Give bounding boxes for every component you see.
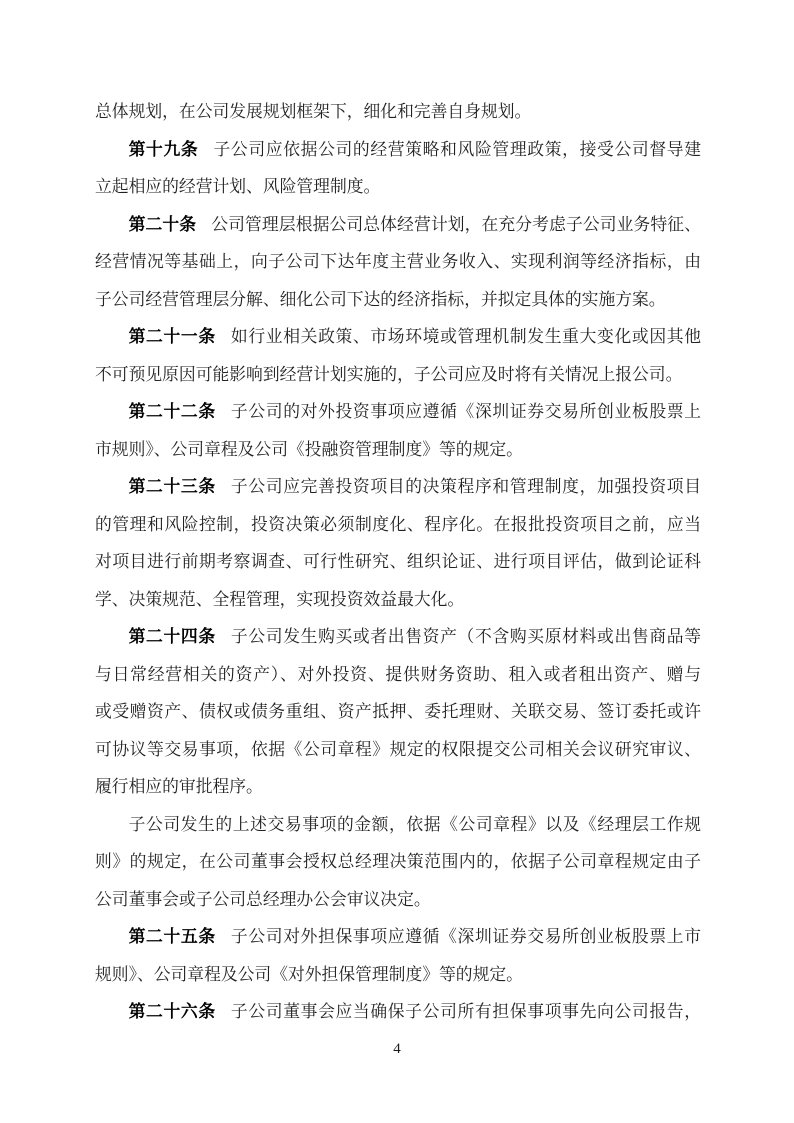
- text-line: 子公司发生的上述交易事项的金额，依据《公司章程》以及《经理层工作规: [95, 806, 701, 844]
- article-text: 子公司应依据公司的经营策略和风险管理政策，接受公司督导建: [213, 140, 701, 159]
- paragraph: 总体规划，在公司发展规划框架下，细化和完善自身规划。: [95, 93, 701, 131]
- text-line: 第二十五条子公司对外担保事项应遵循《深圳证券交易所创业板股票上市: [95, 918, 701, 956]
- article-number: 第二十三条: [129, 477, 216, 496]
- article-number: 第十九条: [129, 140, 199, 159]
- text-line: 可协议等交易事项，依据《公司章程》规定的权限提交公司相关会议研究审议、: [95, 731, 701, 769]
- text-line: 的管理和风险控制，投资决策必须制度化、程序化。在报批投资项目之前，应当: [95, 506, 701, 544]
- article-number: 第二十六条: [129, 1002, 216, 1021]
- text-line: 第二十条公司管理层根据公司总体经营计划，在充分考虑子公司业务特征、: [95, 206, 701, 244]
- article-text: 如行业相关政策、市场环境或管理机制发生重大变化或因其他: [231, 327, 701, 346]
- text-line: 立起相应的经营计划、风险管理制度。: [95, 168, 701, 206]
- text-line: 则》的规定，在公司董事会授权总经理决策范围内的，依据子公司章程规定由子: [95, 843, 701, 881]
- page-number: 4: [0, 1041, 794, 1058]
- text-line: 第二十二条子公司的对外投资事项应遵循《深圳证券交易所创业板股票上: [95, 393, 701, 431]
- document-body: 总体规划，在公司发展规划框架下，细化和完善自身规划。 第十九条子公司应依据公司的…: [95, 93, 701, 1031]
- article-text: 公司管理层根据公司总体经营计划，在充分考虑子公司业务特征、: [211, 215, 701, 234]
- text-line: 不可预见原因可能影响到经营计划实施的，子公司应及时将有关情况上报公司。: [95, 356, 701, 394]
- paragraph: 第二十三条子公司应完善投资项目的决策程序和管理制度，加强投资项目 的管理和风险控…: [95, 468, 701, 618]
- text-line: 第二十三条子公司应完善投资项目的决策程序和管理制度，加强投资项目: [95, 468, 701, 506]
- article-number: 第二十五条: [129, 927, 216, 946]
- text-line: 与日常经营相关的资产）、对外投资、提供财务资助、租入或者租出资产、赠与: [95, 656, 701, 694]
- paragraph: 第十九条子公司应依据公司的经营策略和风险管理政策，接受公司督导建 立起相应的经营…: [95, 131, 701, 206]
- text-line: 子公司经营管理层分解、细化公司下达的经济指标，并拟定具体的实施方案。: [95, 281, 701, 319]
- text-line: 对项目进行前期考察调查、可行性研究、组织论证、进行项目评估，做到论证科: [95, 543, 701, 581]
- text-line: 或受赠资产、债权或债务重组、资产抵押、委托理财、关联交易、签订委托或许: [95, 693, 701, 731]
- text-line: 规则》、公司章程及公司《对外担保管理制度》等的规定。: [95, 956, 701, 994]
- paragraph: 子公司发生的上述交易事项的金额，依据《公司章程》以及《经理层工作规 则》的规定，…: [95, 806, 701, 919]
- text-line: 第二十四条子公司发生购买或者出售资产（不含购买原材料或出售商品等: [95, 618, 701, 656]
- text-line: 学、决策规范、全程管理，实现投资效益最大化。: [95, 581, 701, 619]
- paragraph: 第二十四条子公司发生购买或者出售资产（不含购买原材料或出售商品等 与日常经营相关…: [95, 618, 701, 806]
- paragraph: 第二十六条子公司董事会应当确保子公司所有担保事项事先向公司报告，: [95, 993, 701, 1031]
- article-text: 子公司应完善投资项目的决策程序和管理制度，加强投资项目: [231, 477, 701, 496]
- article-text: 子公司董事会应当确保子公司所有担保事项事先向公司报告，: [231, 1002, 701, 1021]
- text-line: 履行相应的审批程序。: [95, 768, 701, 806]
- paragraph: 第二十一条如行业相关政策、市场环境或管理机制发生重大变化或因其他 不可预见原因可…: [95, 318, 701, 393]
- article-number: 第二十四条: [129, 627, 216, 646]
- article-number: 第二十一条: [129, 327, 216, 346]
- article-text: 子公司发生购买或者出售资产（不含购买原材料或出售商品等: [231, 627, 701, 646]
- article-number: 第二十二条: [129, 402, 216, 421]
- paragraph: 第二十条公司管理层根据公司总体经营计划，在充分考虑子公司业务特征、 经营情况等基…: [95, 206, 701, 319]
- paragraph: 第二十五条子公司对外担保事项应遵循《深圳证券交易所创业板股票上市 规则》、公司章…: [95, 918, 701, 993]
- text-line: 第十九条子公司应依据公司的经营策略和风险管理政策，接受公司督导建: [95, 131, 701, 169]
- text-line: 总体规划，在公司发展规划框架下，细化和完善自身规划。: [95, 93, 701, 131]
- text-line: 第二十六条子公司董事会应当确保子公司所有担保事项事先向公司报告，: [95, 993, 701, 1031]
- article-text: 子公司对外担保事项应遵循《深圳证券交易所创业板股票上市: [231, 927, 701, 946]
- text-line: 经营情况等基础上，向子公司下达年度主营业务收入、实现利润等经济指标，由: [95, 243, 701, 281]
- text-line: 公司董事会或子公司总经理办公会审议决定。: [95, 881, 701, 919]
- article-text: 子公司的对外投资事项应遵循《深圳证券交易所创业板股票上: [231, 402, 701, 421]
- text-line: 第二十一条如行业相关政策、市场环境或管理机制发生重大变化或因其他: [95, 318, 701, 356]
- paragraph: 第二十二条子公司的对外投资事项应遵循《深圳证券交易所创业板股票上 市规则》、公司…: [95, 393, 701, 468]
- article-number: 第二十条: [129, 215, 197, 234]
- text-line: 市规则》、公司章程及公司《投融资管理制度》等的规定。: [95, 431, 701, 469]
- document-page: 总体规划，在公司发展规划框架下，细化和完善自身规划。 第十九条子公司应依据公司的…: [0, 0, 794, 1123]
